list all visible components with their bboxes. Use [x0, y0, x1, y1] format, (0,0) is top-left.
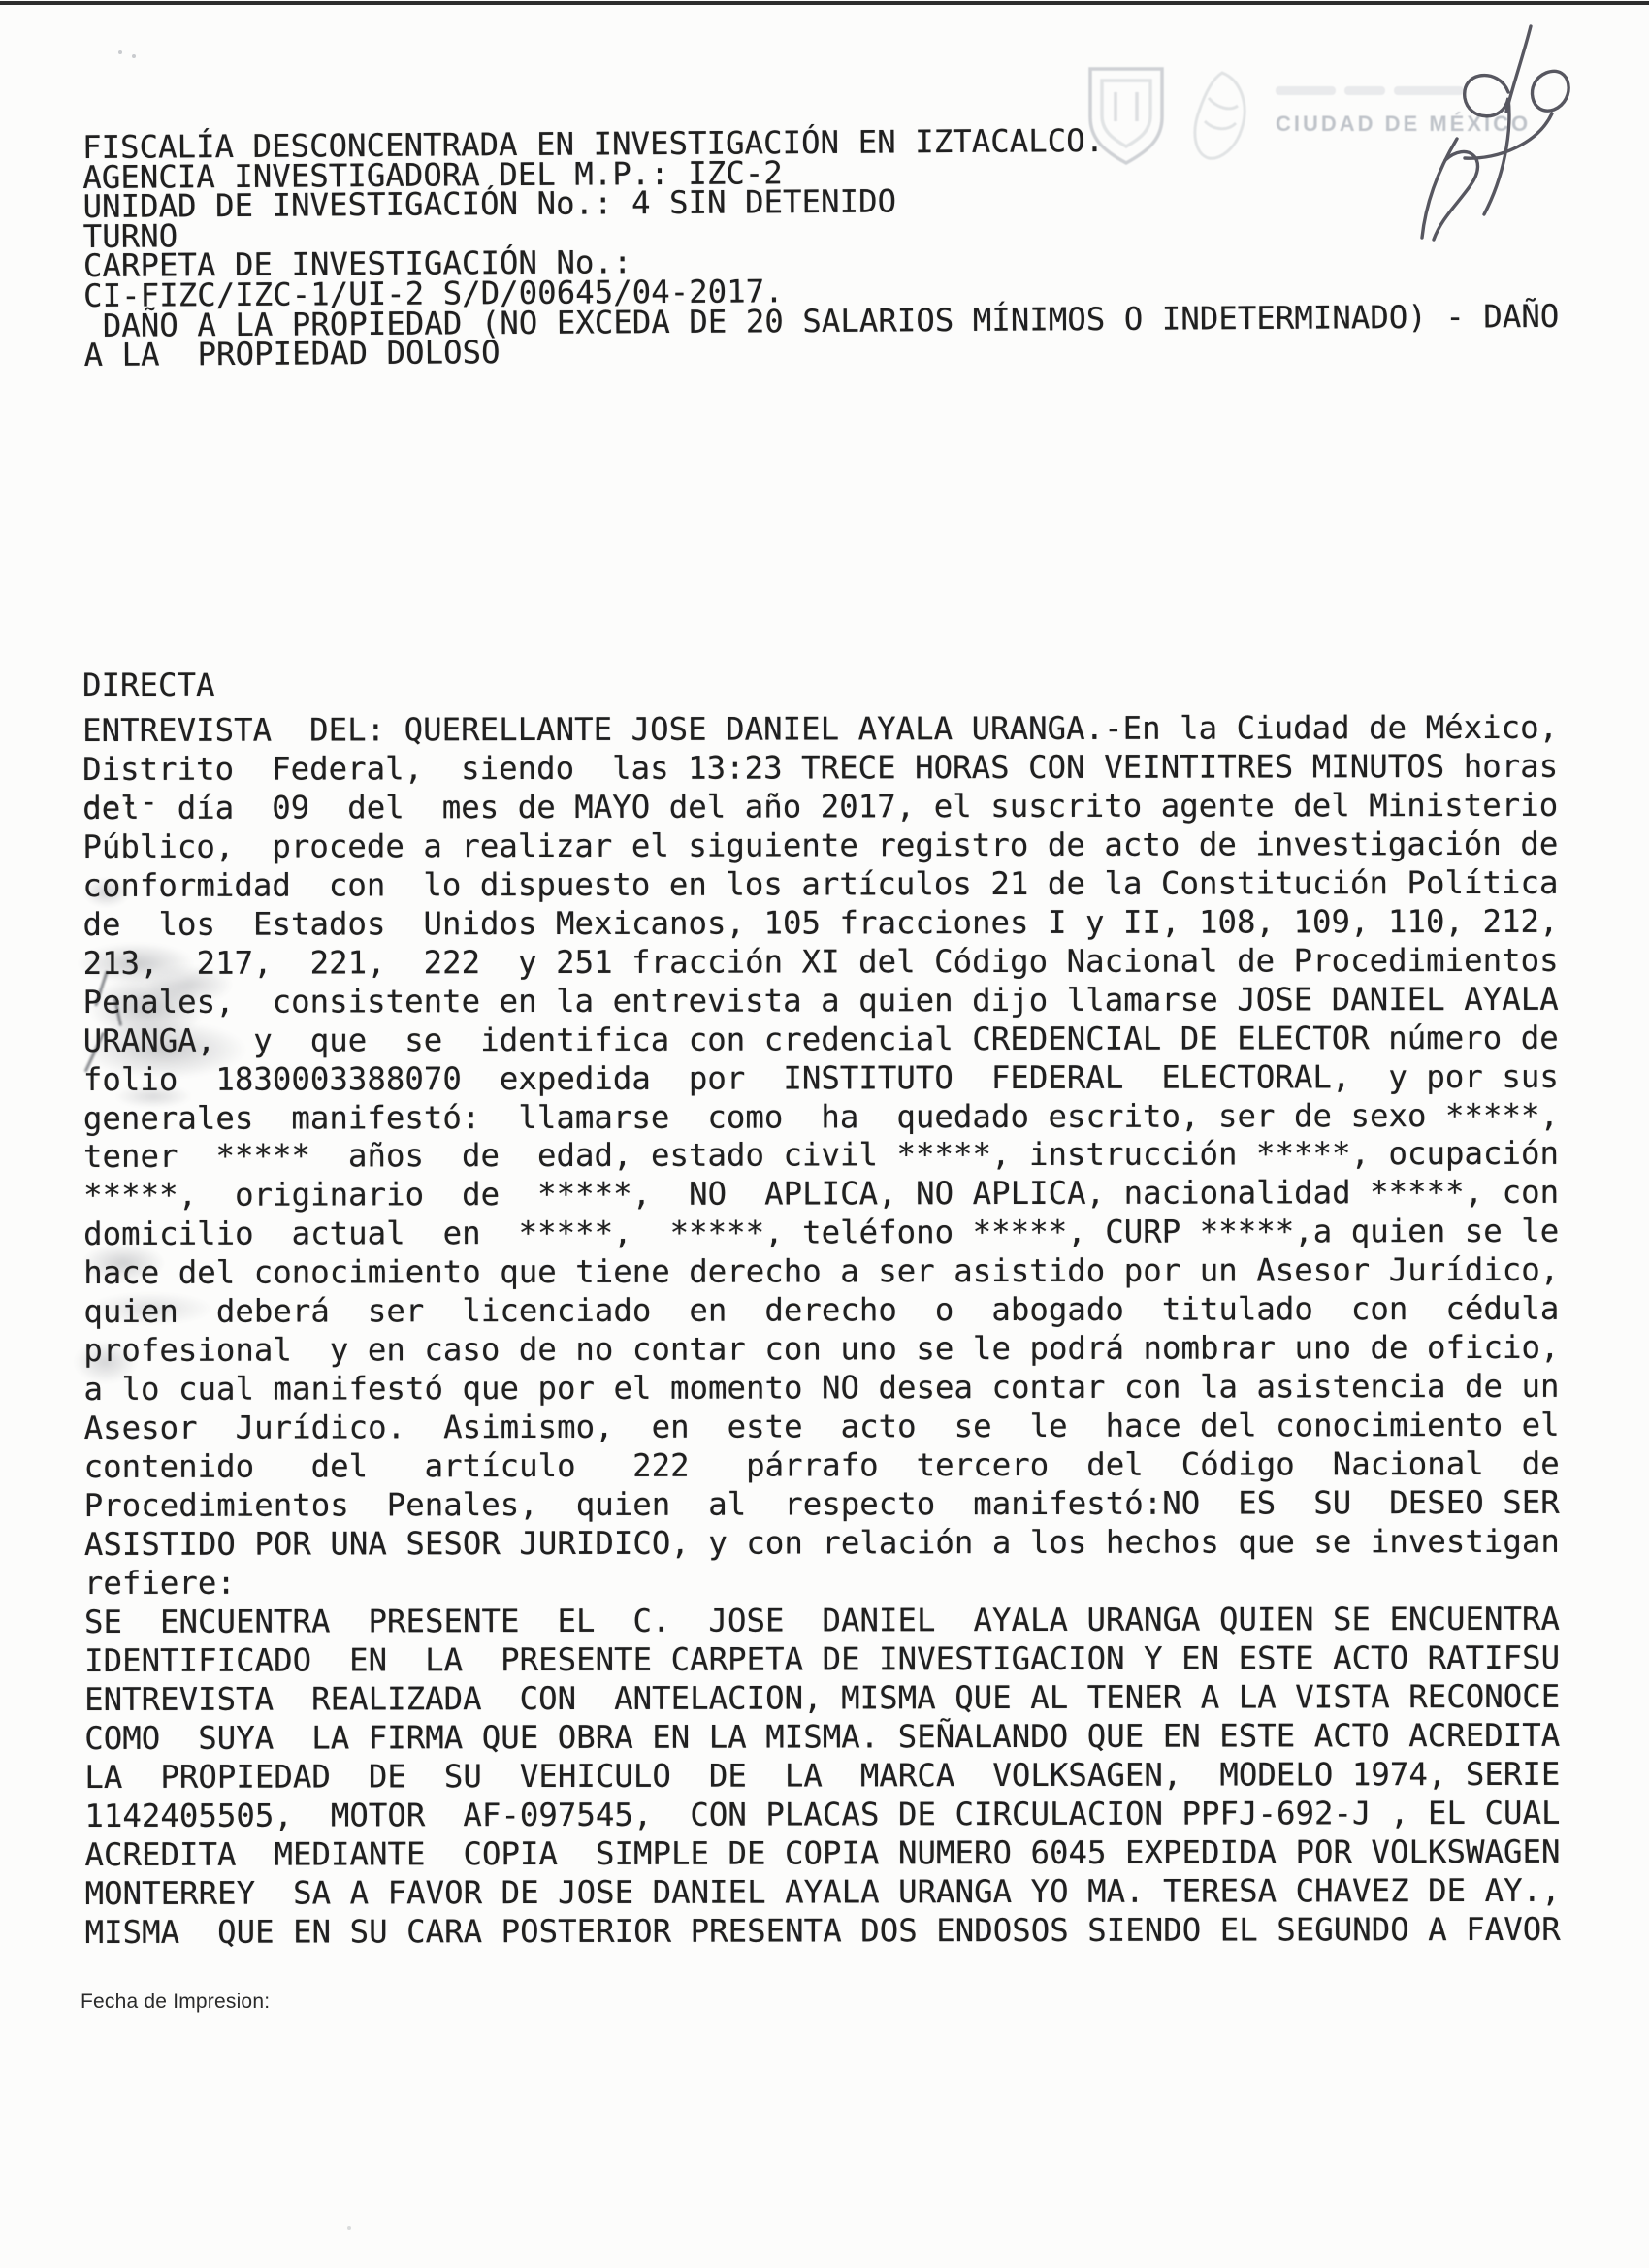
scan-speck: [132, 54, 136, 58]
body-line: *****, originario de *****, NO APLICA, N…: [83, 1174, 1559, 1215]
body-line: 1142405505, MOTOR AF-097545, CON PLACAS …: [84, 1794, 1560, 1835]
body-line: a lo cual manifestó que por el momento N…: [83, 1368, 1559, 1409]
scan-speck: [118, 50, 122, 54]
body-line: hace del conocimiento que tiene derecho …: [83, 1251, 1559, 1293]
body-line: Distrito Federal, siendo las 13:23 TRECE…: [82, 748, 1558, 790]
body-line: del día 09 del mes de MAYO del año 2017,…: [82, 787, 1558, 828]
body-line: LA PROPIEDAD DE SU VEHICULO DE LA MARCA …: [84, 1756, 1560, 1798]
body-line: COMO SUYA LA FIRMA QUE OBRA EN LA MISMA.…: [84, 1717, 1560, 1759]
body-line: IDENTIFICADO EN LA PRESENTE CARPETA DE I…: [84, 1639, 1560, 1681]
body-line: de los Estados Unidos Mexicanos, 105 fra…: [82, 903, 1558, 945]
body-line: ENTREVISTA DEL: QUERELLANTE JOSE DANIEL …: [82, 709, 1558, 751]
body-line: Procedimientos Penales, quien al respect…: [84, 1484, 1560, 1526]
body-line: MONTERREY SA A FAVOR DE JOSE DANIEL AYAL…: [85, 1871, 1561, 1913]
body-line: contenido del artículo 222 párrafo terce…: [84, 1445, 1560, 1487]
body-line: quien deberá ser licenciado en derecho o…: [83, 1290, 1559, 1332]
scan-edge-artifact: [0, 1, 1649, 5]
body-line: Público, procede a realizar el siguiente…: [82, 826, 1558, 867]
body-line: profesional y en caso de no contar con u…: [83, 1329, 1559, 1371]
body-line: ASISTIDO POR UNA SESOR JURIDICO, y con r…: [84, 1523, 1560, 1565]
print-date-label: Fecha de Impresion:: [81, 1991, 270, 2014]
body-line: Asesor Jurídico. Asimismo, en este acto …: [84, 1407, 1560, 1448]
body-line: Penales, consistente en la entrevista a …: [83, 980, 1559, 1021]
body-line: 213, 217, 221, 222 y 251 fracción XI del…: [83, 942, 1559, 984]
body-line: conformidad con lo dispuesto en los artí…: [82, 864, 1558, 906]
body-line: domicilio actual en *****, *****, teléfo…: [83, 1213, 1559, 1254]
section-title: DIRECTA: [82, 665, 215, 704]
document-header: FISCALÍA DESCONCENTRADA EN INVESTIGACIÓN…: [82, 123, 1560, 371]
body-line: ACREDITA MEDIANTE COPIA SIMPLE DE COPIA …: [84, 1832, 1560, 1874]
scanned-document-page: CIUDAD DE MÉXICO FISCALÍA DESCONCENTRADA…: [0, 0, 1649, 2268]
body-line: ENTREVISTA REALIZADA CON ANTELACION, MIS…: [84, 1678, 1560, 1720]
body-line: URANGA, y que se identifica con credenci…: [83, 1019, 1559, 1060]
body-line: generales manifestó: llamarse como ha qu…: [83, 1096, 1559, 1138]
body-line: MISMA QUE EN SU CARA POSTERIOR PRESENTA …: [85, 1910, 1561, 1952]
scan-speck: [347, 2226, 351, 2230]
body-line: tener ***** años de edad, estado civil *…: [83, 1135, 1559, 1177]
body-line: refiere:: [84, 1562, 1560, 1604]
body-line: SE ENCUENTRA PRESENTE EL C. JOSE DANIEL …: [84, 1601, 1560, 1642]
body-line: folio 1830003388070 expedida por INSTITU…: [83, 1057, 1559, 1099]
document-body: ENTREVISTA DEL: QUERELLANTE JOSE DANIEL …: [82, 709, 1561, 1953]
